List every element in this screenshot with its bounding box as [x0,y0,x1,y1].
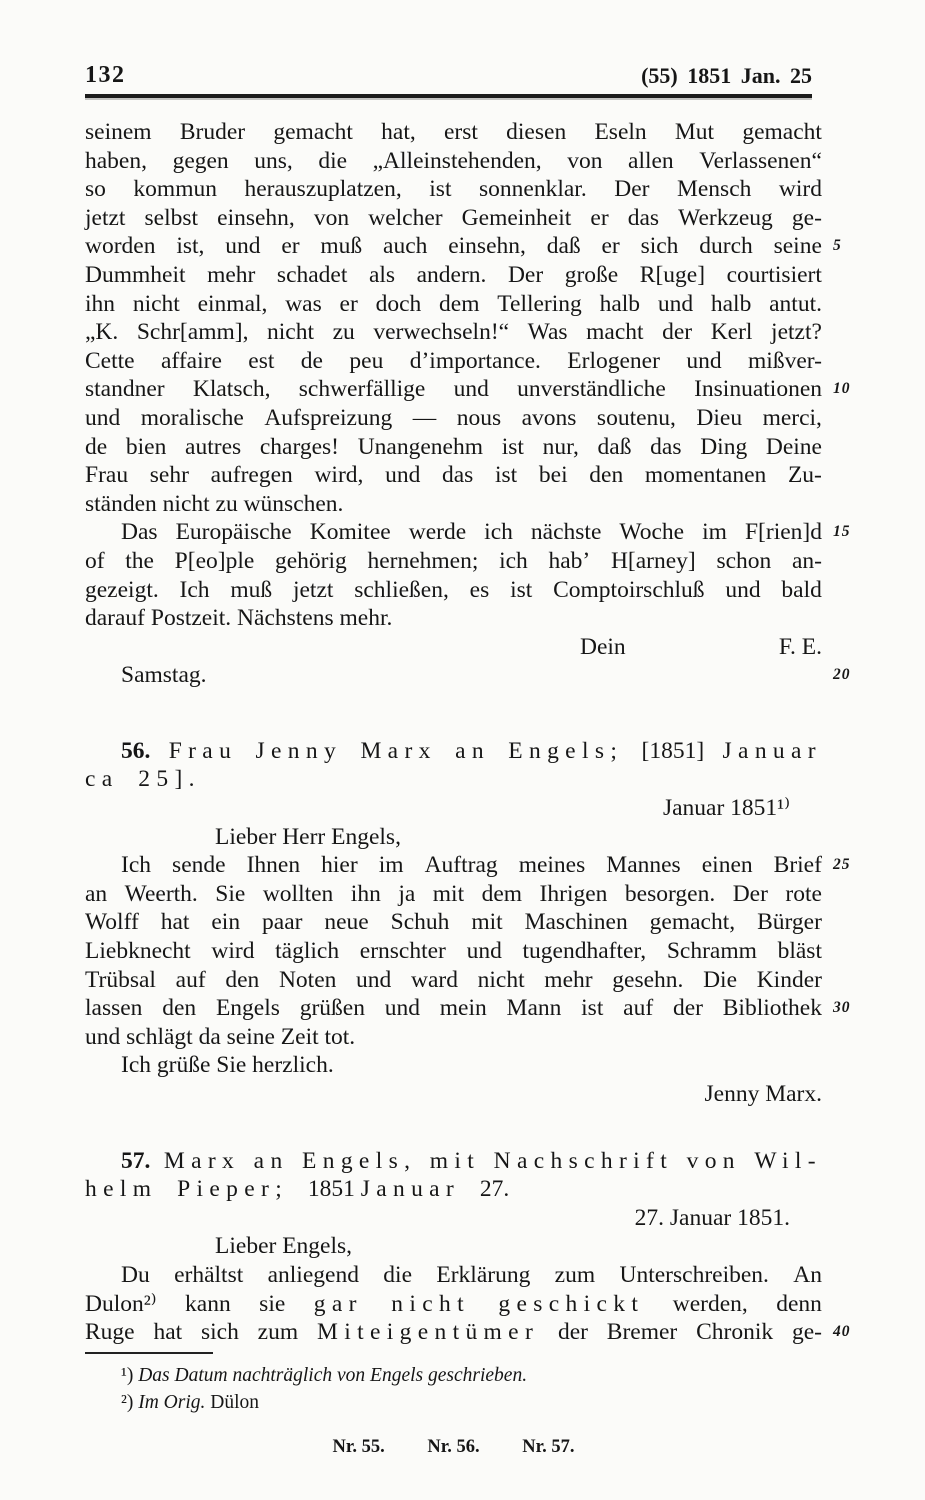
word: Tellering [497,290,582,319]
text-line: sokommunherauszuplatzen,istsonnenklar.De… [85,175,822,204]
word: große [565,261,619,290]
text-line: DasEuropäischeKomiteewerdeichnächsteWoch… [85,518,822,547]
word: de [301,347,323,376]
text-line: Dummheitmehrschadetalsandern.DergroßeR[u… [85,261,822,290]
text-line: TrübsalaufdenNotenundwardnichtmehrgesehn… [85,966,822,995]
word: erst [444,118,478,147]
text-line: standnerKlatsch,schwerfälligeundunverstä… [85,375,822,404]
text-line: Frausehraufregenwird,unddasistbeidenmome… [85,461,822,490]
word: die [318,147,347,176]
word: auf [623,994,653,1023]
word: denn [776,1290,822,1319]
word: und [467,937,502,966]
word: P[eo]ple [175,547,255,576]
text-segment: Samstag. [121,662,207,688]
word: auf [176,966,206,995]
word: Zu- [788,461,822,490]
word: Cette [85,347,135,376]
word: grüßen [300,994,365,1023]
word: sich [201,1318,239,1347]
word: das [628,204,659,233]
word: courtisiert [727,261,822,290]
word: Unterschreiben. [619,1261,768,1290]
text-line: „K.Schr[amm],nichtzuverwechseln!“Wasmach… [85,318,822,347]
text-line: darauf Postzeit. Nächstens mehr. [85,604,822,633]
text-segment: 27. Januar 1851. [635,1205,790,1231]
word: Verlassenen“ [699,147,822,176]
word: Deine [766,433,822,462]
text-line: ihnnichteinmal,waserdochdemTelleringhalb… [85,290,822,319]
word: jetzt? [771,318,822,347]
word: einsehn, [217,204,295,233]
margin-line-number: 40 [833,1324,851,1340]
word: — [413,404,437,433]
footnote: ¹) Das Datum nachträglich von Engels ges… [85,1362,822,1389]
text-line: debienautrescharges!Unangenehmistnur,daß… [85,433,822,462]
word: den [225,966,259,995]
word: ge- [792,204,822,233]
word: mißver- [748,347,822,376]
word: den [162,994,196,1023]
word: ist [495,461,517,490]
word: Komitee [310,518,391,547]
word: im [379,851,404,880]
word: zum [258,1318,298,1347]
word: sende [172,851,226,880]
text-line: Samstag.20 [85,661,822,690]
book-page: 132 (55) 1851 Jan. 25 seinemBrudergemach… [0,0,925,1500]
salutation: Lieber Engels, [85,1232,822,1261]
word: jetzt [293,576,333,605]
word: Januar [723,737,822,766]
margin-line-number: 5 [833,238,842,254]
word: Dieu [696,404,742,433]
word: schließen, [354,576,449,605]
word: nous [457,404,501,433]
text-segment: helm Pieper; [85,1176,308,1202]
word: von [687,1147,741,1176]
word: das [442,461,473,490]
word: Ihnen [247,851,301,880]
word: seinem [85,118,152,147]
word: hat [153,1318,182,1347]
word: est [248,347,274,376]
word: daß [547,232,581,261]
word: Wil- [754,1147,822,1176]
word: standner [85,375,165,404]
word: Comptoirschluß [553,576,704,605]
word: und [385,461,420,490]
word: H[arney] [611,547,696,576]
word: gar [314,1290,363,1319]
word: bei [539,461,568,490]
word: aufregen [211,461,293,490]
word: dem [439,290,479,319]
footnote: ²) Im Orig. Dülon [85,1389,822,1416]
word: wird, [314,461,363,490]
word: [1851] [642,737,705,766]
word: er [601,232,619,261]
word: Erlogener [567,347,660,376]
word: die [383,1261,412,1290]
word: muß [230,576,272,605]
word: selbst [145,204,199,233]
word: Trübsal [85,966,156,995]
word: gemacht, [650,908,735,937]
word: mit [430,1147,480,1176]
word: ich [484,518,513,547]
word: gehörig [275,547,347,576]
word: kann [185,1290,231,1319]
word: the [125,547,154,576]
footer-ref: Nr. 56. [427,1437,479,1457]
text-segment: 27. [480,1176,509,1202]
text-segment: Ich grüße Sie herzlich. [121,1052,334,1078]
word: ein [211,908,240,937]
word: durch [699,232,753,261]
word: hab’ [549,547,591,576]
word: anliegend [268,1261,359,1290]
word: gemacht [273,118,353,147]
word: schon [716,547,771,576]
word: rote [785,880,822,909]
word: gezeigt. [85,576,159,605]
text-line: undmoralischeAufspreizung—nousavonssoute… [85,404,822,433]
word: ihn [351,880,381,909]
word: Dummheit [85,261,186,290]
text-segment: Januar [361,1176,480,1202]
footer-ref: Nr. 55. [333,1437,385,1457]
word: er [340,290,358,319]
word: daß [598,433,632,462]
word: herauszuplatzen, [245,175,402,204]
word: ist [510,576,532,605]
word: Du [121,1261,150,1290]
text-line: ständen nicht zu wünschen. [85,490,822,519]
text-line: Ich grüße Sie herzlich. [85,1051,822,1080]
text-segment: 1851 [308,1176,361,1202]
word: Wolff [85,908,139,937]
word: affaire [161,347,222,376]
word: kommun [133,175,217,204]
word: hat [161,908,190,937]
word: zum [555,1261,595,1290]
word: Was [528,318,568,347]
word: und [658,290,693,319]
text-line: RugehatsichzumMiteigentümerderBremerChro… [85,1318,822,1347]
word: F[rien]d [745,518,822,547]
text-segment: und schlägt da seine Zeit tot. [85,1024,355,1050]
word: halb [600,290,640,319]
word: Maschinen [525,908,628,937]
word: uns, [254,147,293,176]
word: ja [398,880,415,909]
word: gemacht [742,118,822,147]
word: Eseln [594,118,646,147]
word: „K. [85,318,118,347]
margin-line-number: 30 [833,1000,851,1016]
word: schadet [277,261,347,290]
word: Schuh [391,908,450,937]
word: muß [320,232,362,261]
text-line: und schlägt da seine Zeit tot. [85,1023,822,1052]
word: Gemeinheit [462,204,572,233]
text-segment: Lieber Engels, [215,1233,352,1259]
word: Kinder [757,966,822,995]
running-head: (55) 1851 Jan. 25 [641,62,812,90]
word: Frau [85,461,128,490]
word: Insinuationen [694,375,822,404]
word: sehr [150,461,189,490]
word: schwerfällige [299,375,426,404]
word: mit [471,908,502,937]
word: der [673,994,703,1023]
word: sonnenklar. [479,175,587,204]
word: Ihrigen [540,880,608,909]
word: Der [614,175,649,204]
word: Aufspreizung [264,404,392,433]
text-segment: ständen nicht zu wünschen. [85,491,343,517]
text-segment: Dülon [205,1392,259,1413]
word: einmal, [198,290,268,319]
word: tugendhafter, [522,937,646,966]
word: als [369,261,395,290]
word: neue [324,908,368,937]
word: was [285,290,322,319]
word: Das [121,518,158,547]
word: diesen [506,118,566,147]
word: unverständliche [517,375,666,404]
word: Woche [619,518,684,547]
word: Kerl [711,318,753,347]
word: dem [482,880,522,909]
word: so [85,175,106,204]
signature-line: Jenny Marx. [85,1080,822,1109]
text-line: jetztselbsteinsehn,vonwelcherGemeinheite… [85,204,822,233]
word: Sie [215,880,245,909]
word: „Alleinstehenden, [373,147,542,176]
text-line: Liebknechtwirdtäglichernschterundtugendh… [85,937,822,966]
word: ist [502,433,524,462]
word: und [686,347,721,376]
word: nur, [543,433,579,462]
text-segment: F. E. [779,633,822,662]
word: besorgen. [625,880,715,909]
footer-ref: Nr. 57. [522,1437,574,1457]
word: welcher [368,204,442,233]
word: an [455,737,490,766]
word: Bruder [180,118,245,147]
word: Ich [180,576,210,605]
text-line: lassendenEngelsgrüßenundmeinMannistaufde… [85,994,822,1023]
page-number: 132 [85,60,126,90]
word: d’importance. [410,347,541,376]
word: ge- [792,1318,822,1347]
word: mein [440,994,487,1023]
footnote-rule [85,1352,213,1354]
word: einsehn, [448,232,526,261]
word: allen [628,147,674,176]
text-line: wordenist,undermußaucheinsehn,daßersichd… [85,232,822,261]
margin-line-number: 15 [833,524,851,540]
word: Die [703,966,737,995]
word: momentanen [645,461,766,490]
word: nicht [391,1290,470,1319]
word: und [225,232,260,261]
word: meines [519,851,586,880]
word: der [662,318,692,347]
word: Engels [216,994,280,1023]
word: bläst [778,937,822,966]
word: Unangenehm [358,433,483,462]
word: und [725,576,760,605]
word: Brief [774,851,822,880]
word: hernehmen; [367,547,478,576]
word: Liebknecht [85,937,191,966]
word: de [85,433,107,462]
word: im [702,518,727,547]
text-segment: Dein [580,633,626,662]
word: und [454,375,489,404]
word: andern. [417,261,487,290]
word: mehr [544,966,592,995]
word: Miteigentümer [317,1318,539,1347]
word: Der [508,261,543,290]
text-line: seinemBrudergemachthat,erstdiesenEselnMu… [85,118,822,147]
word: Mensch [677,175,751,204]
word: geschickt [498,1290,644,1319]
word: lassen [85,994,142,1023]
word: Noten [279,966,336,995]
date-line: 27. Januar 1851. [85,1204,822,1233]
header-rule [85,94,812,98]
text-line: DuerhältstanliegenddieErklärungzumUnters… [85,1261,822,1290]
word: wird [211,937,254,966]
word: autres [185,433,241,462]
word: doch [376,290,422,319]
word: Auftrag [425,851,498,880]
word: hier [321,851,358,880]
letter-57-heading: helm Pieper; 1851 Januar 27. [85,1175,822,1204]
word: Weerth. [125,880,198,909]
word: von [314,204,349,233]
text-line: anWeerth.SiewolltenihnjamitdemIhrigenbes… [85,880,822,909]
word: antut. [769,290,822,319]
text-segment: Im Orig. [138,1392,205,1413]
word: mit [433,880,464,909]
word: merci, [763,404,822,433]
word: täglich [275,937,339,966]
word: an [254,1147,289,1176]
word: an- [792,547,822,576]
word: er [281,232,299,261]
word: Bibliothek [723,994,822,1023]
word: mehr [207,261,255,290]
word: jetzt [85,204,125,233]
word: ernschter [360,937,446,966]
word: Marx [360,737,436,766]
word: charges! [260,433,339,462]
word: Jenny [256,737,343,766]
margin-line-number: 10 [833,381,851,397]
word: nicht [133,290,180,319]
word: Nachschrift [494,1147,673,1176]
word: das [650,433,681,462]
signature-line: DeinF. E. [85,633,822,662]
word: der [558,1318,588,1347]
word: ist [429,175,451,204]
word: Dulon²⁾ [85,1290,157,1319]
text-segment: ¹) [121,1365,138,1386]
word: haben, [85,147,147,176]
word: wird [779,175,822,204]
margin-line-number: 20 [833,667,851,683]
word: erhältst [174,1261,243,1290]
word: halb [711,290,751,319]
text-segment: ²) [121,1392,138,1413]
word: einen [702,851,753,880]
word: von [567,147,602,176]
word: zu [333,318,355,347]
text-block: seinemBrudergemachthat,erstdiesenEselnMu… [85,118,822,1416]
word: nicht [267,318,314,347]
text-segment: Das Datum nachträglich von Engels geschr… [138,1365,527,1386]
page-footer: Nr. 55. Nr. 56. Nr. 57. [85,1437,822,1458]
word: avons [522,404,577,433]
word: Frau [169,737,237,766]
margin-line-number: 25 [833,857,851,873]
word: of [85,547,105,576]
word: verwechseln!“ [373,318,509,347]
word: 56. [121,737,150,766]
word: Mut [675,118,714,147]
word: Bremer [607,1318,677,1347]
word: gesehn. [612,966,683,995]
word: er [590,204,608,233]
word: nächste [531,518,601,547]
word: werden, [673,1290,748,1319]
word: moralische [141,404,244,433]
word: paar [262,908,302,937]
word: 57. [121,1147,150,1176]
word: ward [411,966,458,995]
word: gegen [173,147,229,176]
word: und [385,994,420,1023]
letter-57-heading: 57.MarxanEngels,mitNachschriftvonWil- [85,1147,822,1176]
salutation: Lieber Herr Engels, [85,823,822,852]
word: R[uge] [640,261,705,290]
footnote-rule [85,1352,822,1362]
word: Der [733,880,768,909]
word: bald [781,576,821,605]
word: Schr[amm], [137,318,249,347]
word: bien [126,433,166,462]
text-segment: Januar 1851¹⁾ [663,795,790,821]
word: ich [499,547,528,576]
text-line: Dulon²⁾kannsiegarnichtgeschicktwerden,de… [85,1290,822,1319]
word: auch [383,232,427,261]
text-line: WolffhateinpaarneueSchuhmitMaschinengema… [85,908,822,937]
word: nicht [478,966,525,995]
text-segment: darauf Postzeit. Nächstens mehr. [85,605,392,631]
word: Ich [121,851,151,880]
word: an [85,880,107,909]
word: Schramm [667,937,757,966]
word: ihn [85,290,115,319]
word: Engels, [302,1147,416,1176]
word: Werkzeug [678,204,773,233]
word: Mannes [606,851,680,880]
